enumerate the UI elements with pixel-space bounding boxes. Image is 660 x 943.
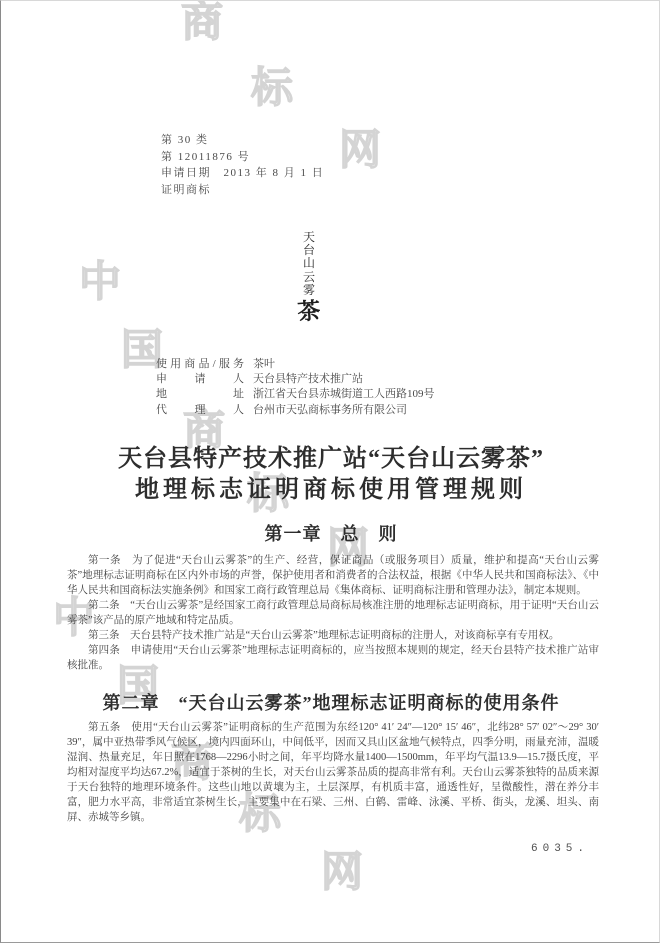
trademark-char: 山: [294, 257, 324, 270]
document-title-line2: 地理标志证明商标使用管理规则: [1, 475, 660, 506]
address-value: 浙江省天台县赤城街道工人西路109号: [253, 388, 435, 400]
document-title-line1: 天台县特产技术推广站“天台山云雾茶”: [1, 444, 660, 475]
article-2: 第二条 “天台山云雾茶”是经国家工商行政管理总局商标局核准注册的地理标志证明商标…: [67, 598, 599, 628]
trademark-tea-character: 茶: [293, 299, 325, 325]
applicant-info-block: 使用商品/服务茶叶 申请人天台县特产技术推广站 地址浙江省天台县赤城街道工人西路…: [156, 357, 435, 418]
applicant-label: 申请人: [156, 372, 244, 387]
address-row: 地址浙江省天台县赤城街道工人西路109号: [156, 387, 435, 402]
application-date-line: 申请日期 2013 年 8 月 1 日: [161, 165, 324, 182]
registration-number-line: 第 12011876 号: [161, 149, 324, 166]
registration-info-block: 第 30 类 第 12011876 号 申请日期 2013 年 8 月 1 日 …: [161, 132, 324, 198]
applicant-row: 申请人天台县特产技术推广站: [156, 372, 435, 387]
agent-row: 代理人台州市天弘商标事务所有限公司: [156, 403, 435, 418]
goods-services-row: 使用商品/服务茶叶: [156, 357, 435, 372]
article-1: 第一条 为了促进“天台山云雾茶”的生产、经营，保证商品（或服务项目）质量，维护和…: [67, 553, 599, 598]
watermark-char: 标: [251, 67, 293, 109]
watermark-char: 网: [321, 851, 363, 893]
goods-services-label: 使用商品/服务: [156, 357, 244, 372]
chapter2-heading: 第二章 “天台山云雾茶”地理标志证明商标的使用条件: [1, 689, 660, 715]
gazette-page-number: 6035.: [531, 843, 589, 855]
article-5: 第五条 使用“天台山云雾茶”证明商标的生产范围为东经120° 41′ 24″—1…: [67, 720, 599, 825]
agent-value: 台州市天弘商标事务所有限公司: [253, 404, 407, 416]
agent-label: 代理人: [156, 403, 244, 418]
chapter2-body: 第五条 使用“天台山云雾茶”证明商标的生产范围为东经120° 41′ 24″—1…: [67, 720, 599, 825]
article-3: 第三条 天台县特产技术推广站是“天台山云雾茶”地理标志证明商标的注册人，对该商标…: [67, 628, 599, 643]
chapter1-body: 第一条 为了促进“天台山云雾茶”的生产、经营，保证商品（或服务项目）质量，维护和…: [67, 553, 599, 673]
scanned-trademark-gazette-page: 商 标 网 中 国 商 标 网 中 国 商 标 网 第 30 类 第 12011…: [0, 0, 660, 943]
watermark-char: 中: [79, 261, 121, 303]
watermark-char: 商: [181, 1, 223, 43]
document-title: 天台县特产技术推广站“天台山云雾茶” 地理标志证明商标使用管理规则: [1, 444, 660, 506]
trademark-class-line: 第 30 类: [161, 132, 324, 149]
applicant-value: 天台县特产技术推广站: [253, 373, 363, 385]
trademark-char: 云: [294, 271, 324, 284]
trademark-type-line: 证明商标: [161, 182, 324, 199]
trademark-specimen: 天 台 山 云 雾 茶: [294, 231, 324, 324]
chapter1-heading: 第一章 总 则: [1, 520, 660, 546]
address-label: 地址: [156, 387, 244, 402]
trademark-char: 雾: [294, 284, 324, 297]
goods-services-value: 茶叶: [253, 358, 275, 370]
article-4: 第四条 申请使用“天台山云雾茶”地理标志证明商标的，应当按照本规则的规定，经天台…: [67, 643, 599, 673]
watermark-char: 网: [339, 129, 381, 171]
